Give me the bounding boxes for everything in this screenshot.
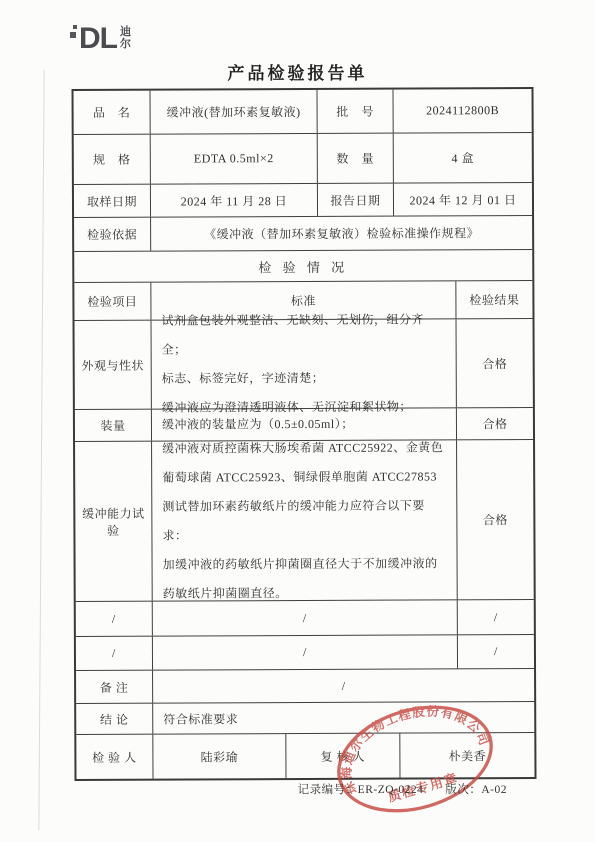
item-name: / bbox=[76, 602, 153, 636]
version-label: 版次： bbox=[445, 784, 481, 796]
spec-value: EDTA 0.5ml×2 bbox=[151, 134, 318, 184]
remark-value: / bbox=[153, 669, 534, 703]
item-standard: 试剂盒包装外观整洁、无缺刻、无划伤，组分齐全； 标志、标签完好，字迹清楚； 缓冲… bbox=[152, 319, 457, 408]
item-name: 缓冲能力试验 bbox=[75, 442, 153, 601]
table-row: 取样日期 2024 年 11 月 28 日 报告日期 2024 年 12 月 0… bbox=[74, 183, 532, 218]
product-name-value: 缓冲液(替加环素复敏液) bbox=[151, 90, 318, 134]
section-header: 检 验 情 况 bbox=[74, 250, 532, 282]
report-date-label: 报告日期 bbox=[318, 184, 394, 216]
table-row-signatures: 检 验 人 陆彩瑜 复 核 人 朴美香 bbox=[76, 733, 534, 779]
company-logo: DL 迪 尔 bbox=[70, 24, 131, 54]
quantity-value: 4 盒 bbox=[394, 133, 532, 183]
item-result: 合格 bbox=[457, 408, 533, 439]
item-standard: / bbox=[153, 635, 458, 669]
logo-chinese-name: 迪 尔 bbox=[120, 26, 131, 50]
table-row-empty: / / / bbox=[76, 600, 534, 637]
version-value: A-02 bbox=[481, 784, 507, 796]
sampling-date-label: 取样日期 bbox=[74, 185, 151, 217]
table-row-remark: 备 注 / bbox=[76, 669, 534, 704]
logo-dl-text: DL bbox=[79, 24, 117, 54]
table-row-empty: / / / bbox=[76, 635, 534, 671]
logo-pixel-square bbox=[73, 25, 77, 29]
logo-cn-top: 迪 bbox=[120, 26, 131, 38]
batch-no-label: 批 号 bbox=[317, 90, 393, 133]
table-row-appearance: 外观与性状 试剂盒包装外观整洁、无缺刻、无划伤，组分齐全； 标志、标签完好，字迹… bbox=[75, 319, 533, 410]
item-result: / bbox=[458, 635, 534, 668]
item-name: / bbox=[76, 637, 153, 670]
table-row: 检 验 情 况 bbox=[74, 250, 532, 283]
record-no-label: 记录编号： bbox=[298, 784, 358, 796]
basis-value: 《缓冲液（替加环素复敏液）检验标准操作规程》 bbox=[151, 216, 532, 251]
document-footer: 记录编号：ER-ZQ-0224版次：A-02 bbox=[298, 781, 507, 797]
item-result: 合格 bbox=[457, 440, 534, 599]
conclusion-value: 符合标准要求 bbox=[153, 702, 534, 734]
report-page: DL 迪 尔 产品检验报告单 品 名 缓冲液(替加环素复敏液) 批 号 2024… bbox=[0, 0, 595, 842]
item-standard: / bbox=[153, 600, 458, 635]
basis-label: 检验依据 bbox=[74, 218, 151, 251]
item-result: 合格 bbox=[457, 319, 533, 407]
table-row: 规 格 EDTA 0.5ml×2 数 量 4 盒 bbox=[74, 133, 532, 185]
item-name: 装量 bbox=[75, 410, 152, 441]
item-result: / bbox=[458, 600, 534, 634]
col-header-item: 检验项目 bbox=[74, 283, 151, 320]
inspector-name: 陆彩瑜 bbox=[153, 734, 286, 779]
reviewer-label: 复 核 人 bbox=[286, 734, 400, 778]
document-title: 产品检验报告单 bbox=[0, 59, 595, 84]
table-row: 检验依据 《缓冲液（替加环素复敏液）检验标准操作规程》 bbox=[74, 216, 532, 252]
inspector-label: 检 验 人 bbox=[76, 735, 153, 779]
product-name-label: 品 名 bbox=[74, 91, 151, 134]
col-header-result: 检验结果 bbox=[456, 281, 532, 318]
logo-pixel-square bbox=[70, 32, 76, 38]
item-standard: 缓冲液对质控菌株大肠埃希菌 ATCC25922、金黄色葡萄球菌 ATCC2592… bbox=[152, 440, 458, 600]
item-name: 外观与性状 bbox=[75, 321, 152, 409]
scan-edge-artifact bbox=[38, 70, 44, 830]
remark-label: 备 注 bbox=[76, 671, 153, 703]
sampling-date-value: 2024 年 11 月 28 日 bbox=[151, 184, 318, 217]
table-row-conclusion: 结 论 符合标准要求 bbox=[76, 702, 534, 735]
logo-cn-bottom: 尔 bbox=[120, 38, 131, 50]
reviewer-name: 朴美香 bbox=[400, 733, 534, 778]
inspection-report-table: 品 名 缓冲液(替加环素复敏液) 批 号 2024112800B 规 格 EDT… bbox=[71, 87, 536, 781]
quantity-label: 数 量 bbox=[318, 134, 394, 183]
spec-label: 规 格 bbox=[74, 135, 151, 184]
record-no-value: ER-ZQ-0224 bbox=[358, 784, 424, 796]
batch-no-value: 2024112800B bbox=[393, 89, 531, 133]
table-row: 品 名 缓冲液(替加环素复敏液) 批 号 2024112800B bbox=[74, 89, 532, 135]
table-row-buffer-test: 缓冲能力试验 缓冲液对质控菌株大肠埃希菌 ATCC25922、金黄色葡萄球菌 A… bbox=[75, 440, 534, 602]
conclusion-label: 结 论 bbox=[76, 704, 153, 734]
report-date-value: 2024 年 12 月 01 日 bbox=[394, 183, 532, 216]
